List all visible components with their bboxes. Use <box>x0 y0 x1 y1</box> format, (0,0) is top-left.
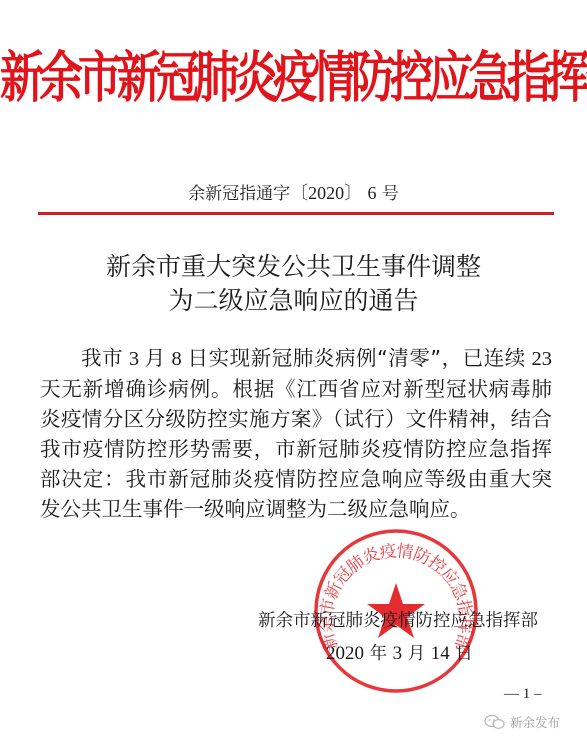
docno-suffix: 号 <box>382 184 399 204</box>
date-month: 3 <box>393 643 403 664</box>
docno-number: 6 <box>368 183 377 203</box>
docno-year: 〔2020〕 <box>290 183 362 203</box>
date-label: 月 <box>402 644 431 664</box>
date-year: 2020 <box>326 643 364 664</box>
body-number: 8 <box>166 348 188 370</box>
signature-organization: 新余市新冠肺炎疫情防控应急指挥部 <box>258 610 538 632</box>
notice-body: 我市 3 月 8 日实现新冠肺炎病例“清零”，已连续 23 天无新增确诊病例。根… <box>40 343 552 524</box>
body-text: 月 <box>145 346 166 370</box>
notice-title-line-1: 新余市重大突发公共卫生事件调整 <box>0 250 587 284</box>
body-number: 23 <box>526 348 552 370</box>
wechat-icon <box>484 714 506 730</box>
notice-title-line-2: 为二级应急响应的通告 <box>0 284 587 318</box>
watermark-label: 新余发布 <box>510 713 560 731</box>
red-divider-rule <box>38 212 554 215</box>
document-number: 余新冠指通字〔2020〕 6 号 <box>0 182 587 205</box>
docno-prefix: 余新冠指通字 <box>188 184 290 204</box>
body-paragraph: 我市 3 月 8 日实现新冠肺炎病例“清零”，已连续 23 天无新增确诊病例。根… <box>40 343 552 524</box>
masthead-title: 新余市新冠肺炎疫情防控应急指挥部 <box>0 34 587 124</box>
notice-title: 新余市重大突发公共卫生事件调整 为二级应急响应的通告 <box>0 250 587 318</box>
page-number: — 1 – <box>504 686 542 703</box>
body-text: 天无新增确诊病例。根据《江西省应对新型冠状病毒肺炎疫情分区分级防控实施方案》（试… <box>40 377 552 521</box>
body-text: 我市 <box>81 346 123 370</box>
date-day: 14 <box>431 643 450 664</box>
body-text: 日实现新冠肺炎病例“清零”，已连续 <box>188 346 526 370</box>
date-label: 年 <box>364 644 393 664</box>
wechat-watermark: 新余发布 <box>484 713 560 731</box>
body-number: 3 <box>123 348 145 370</box>
signature-date: 2020 年 3 月 14 日 <box>326 643 473 665</box>
date-label: 日 <box>450 644 473 664</box>
